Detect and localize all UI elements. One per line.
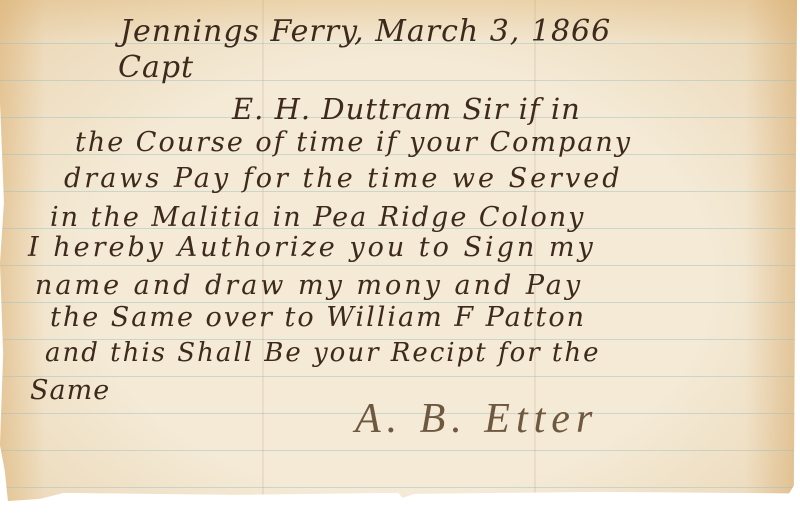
body-line-9: Same — [30, 375, 110, 406]
place-date-heading: Jennings Ferry, March 3, 1866 — [120, 14, 611, 49]
body-line-4: in the Malitia in Pea Ridge Colony — [50, 202, 585, 233]
body-line-3: draws Pay for the time we Served — [64, 163, 622, 194]
ruled-line — [0, 265, 797, 266]
body-line-6: name and draw my mony and Pay — [35, 270, 583, 301]
body-line-8: and this Shall Be your Recipt for the — [45, 338, 601, 368]
salutation-title: Capt — [118, 50, 194, 85]
body-line-5: I hereby Authorize you to Sign my — [28, 232, 596, 263]
body-line-1: E. H. Duttram Sir if in — [232, 92, 581, 126]
ruled-line — [0, 450, 797, 451]
body-line-7: the Same over to William F Patton — [50, 302, 586, 333]
ruled-line — [0, 487, 797, 488]
ruled-line — [0, 376, 797, 377]
signature: A. B. Etter — [355, 395, 598, 443]
body-line-2: the Course of time if your Company — [75, 127, 632, 158]
letter-sheet: Jennings Ferry, March 3, 1866 Capt E. H.… — [0, 0, 797, 506]
